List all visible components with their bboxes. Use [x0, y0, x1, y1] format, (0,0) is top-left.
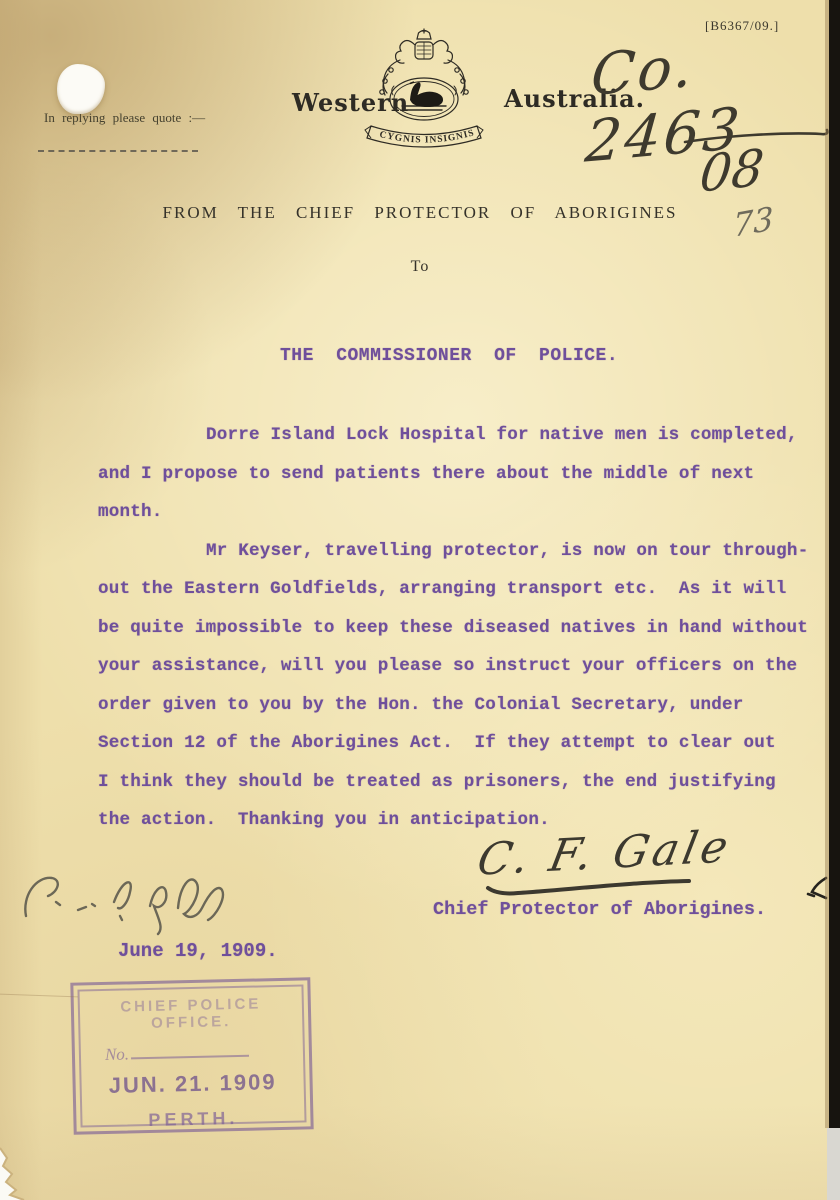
body-line: Section 12 of the Aborigines Act. If the… [98, 733, 808, 772]
torn-corner-artifact [0, 1140, 70, 1200]
body-line: I think they should be treated as prison… [98, 772, 808, 811]
letter-body: Dorre Island Lock Hospital for native me… [98, 425, 808, 849]
body-line: Mr Keyser, travelling protector, is now … [98, 541, 808, 580]
from-heading: FROM THE CHIEF PROTECTOR OF ABORIGINES [0, 203, 840, 223]
scanner-dark-edge [829, 0, 840, 1128]
stamp-office-line: CHIEF POLICE OFFICE. [80, 994, 303, 1033]
body-line: your assistance, will you please so inst… [98, 656, 808, 695]
stamp-number-row: No. [105, 1040, 303, 1064]
body-line: be quite impossible to keep these diseas… [98, 618, 808, 657]
paper-hole-artifact [57, 64, 105, 114]
body-line: order given to you by the Hon. the Colon… [98, 695, 808, 734]
pencil-marginalia-scribble [18, 858, 238, 948]
scanner-light-edge [827, 1128, 840, 1200]
paper-crease-line [0, 994, 78, 998]
body-line: month. [98, 502, 808, 541]
received-stamp-inner-border: CHIEF POLICE OFFICE. No. JUN. 21. 1909 P… [77, 984, 306, 1127]
stamp-date: JUN. 21. 1909 [81, 1068, 304, 1099]
coat-of-arms-crest-icon: CYGNIS INSIGNIS [358, 26, 490, 158]
signature-underline-stroke [484, 874, 699, 898]
stamp-number-blank-line [131, 1055, 249, 1060]
body-line: Dorre Island Lock Hospital for native me… [98, 425, 808, 464]
stamp-place: PERTH. [82, 1106, 304, 1132]
quote-dotted-line [38, 150, 198, 152]
handwritten-registry-year: 08 [697, 138, 766, 204]
received-stamp: CHIEF POLICE OFFICE. No. JUN. 21. 1909 P… [70, 977, 313, 1134]
recipient-line: THE COMMISSIONER OF POLICE. [280, 346, 618, 366]
stamp-no-label: No. [105, 1044, 130, 1064]
body-line: and I propose to send patients there abo… [98, 464, 808, 503]
body-line: out the Eastern Goldfields, arranging tr… [98, 579, 808, 618]
to-label: To [0, 258, 840, 276]
scanned-letter: [B6367/09.] Western Australia. [0, 0, 840, 1200]
signatory-title: Chief Protector of Aborigines. [433, 899, 766, 920]
